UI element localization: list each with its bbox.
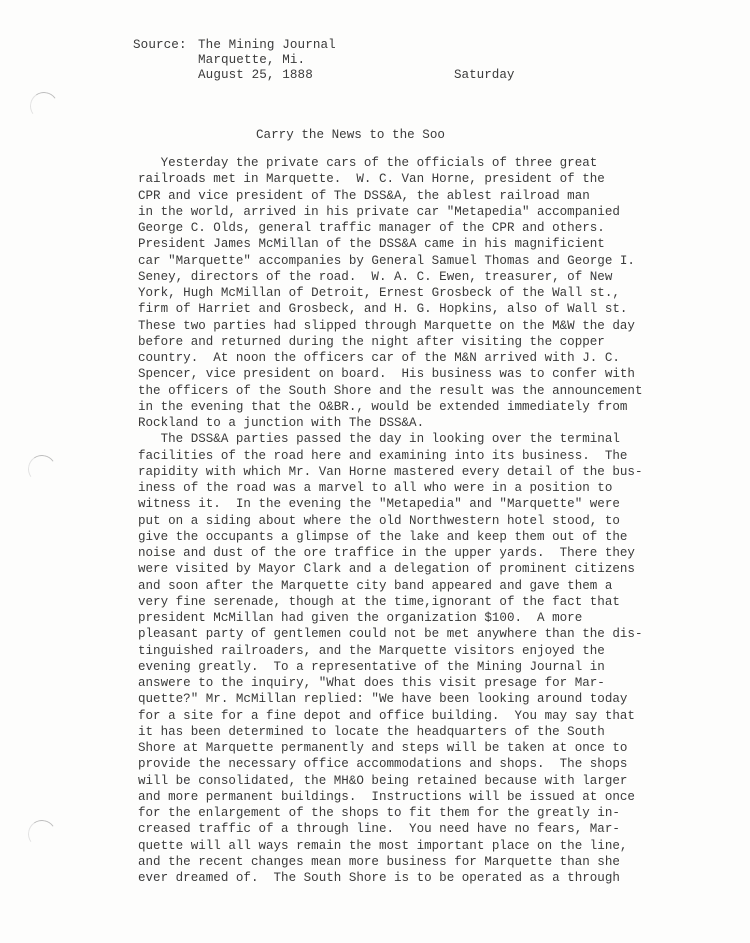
publication-date: August 25, 1888 (198, 68, 336, 83)
hole-punch-mark (28, 90, 60, 122)
source-label: Source: (133, 38, 198, 83)
article-body: Yesterday the private cars of the offici… (138, 155, 658, 886)
article-line: were visited by Mayor Clark and a delega… (138, 561, 658, 577)
article-line: railroads met in Marquette. W. C. Van Ho… (138, 171, 658, 187)
article-line: Spencer, vice president on board. His bu… (138, 366, 658, 382)
article-line: and soon after the Marquette city band a… (138, 578, 658, 594)
article-line: iness of the road was a marvel to all wh… (138, 480, 658, 496)
document-page: Source: The Mining Journal Marquette, Mi… (0, 0, 750, 943)
article-line: George C. Olds, general traffic manager … (138, 220, 658, 236)
article-line: facilities of the road here and examinin… (138, 448, 658, 464)
article-line: will be consolidated, the MH&O being ret… (138, 773, 658, 789)
article-line: York, Hugh McMillan of Detroit, Ernest G… (138, 285, 658, 301)
article-line: quette?" Mr. McMillan replied: "We have … (138, 691, 658, 707)
article-line: noise and dust of the ore traffice in th… (138, 545, 658, 561)
article-line: These two parties had slipped through Ma… (138, 318, 658, 334)
article-line: very fine serenade, though at the time,i… (138, 594, 658, 610)
article-line: before and returned during the night aft… (138, 334, 658, 350)
article-line: the officers of the South Shore and the … (138, 383, 658, 399)
article-line: and the recent changes mean more busines… (138, 854, 658, 870)
hole-punch-mark (26, 818, 58, 850)
article-line: CPR and vice president of The DSS&A, the… (138, 188, 658, 204)
article-line: rapidity with which Mr. Van Horne master… (138, 464, 658, 480)
article-line: quette will all ways remain the most imp… (138, 838, 658, 854)
article-line: pleasant party of gentlemen could not be… (138, 626, 658, 642)
article-line: country. At noon the officers car of the… (138, 350, 658, 366)
article-line: and more permanent buildings. Instructio… (138, 789, 658, 805)
article-line: car "Marquette" accompanies by General S… (138, 253, 658, 269)
publication-day: Saturday (454, 68, 514, 83)
article-line: Rockland to a junction with The DSS&A. (138, 415, 658, 431)
article-line: answere to the inquiry, "What does this … (138, 675, 658, 691)
article-line: give the occupants a glimpse of the lake… (138, 529, 658, 545)
article-line: The DSS&A parties passed the day in look… (138, 431, 658, 447)
article-line: in the world, arrived in his private car… (138, 204, 658, 220)
article-line: for the enlargement of the shops to fit … (138, 805, 658, 821)
article-line: ever dreamed of. The South Shore is to b… (138, 870, 658, 886)
article-line: evening greatly. To a representative of … (138, 659, 658, 675)
article-line: Shore at Marquette permanently and steps… (138, 740, 658, 756)
article-line: in the evening that the O&BR., would be … (138, 399, 658, 415)
article-line: it has been determined to locate the hea… (138, 724, 658, 740)
article-line: tinguished railroaders, and the Marquett… (138, 643, 658, 659)
article-line: creased traffic of a through line. You n… (138, 821, 658, 837)
article-line: firm of Harriet and Grosbeck, and H. G. … (138, 301, 658, 317)
article-line: Yesterday the private cars of the offici… (138, 155, 658, 171)
publication-location: Marquette, Mi. (198, 53, 336, 68)
article-title: Carry the News to the Soo (256, 128, 445, 143)
article-line: for a site for a fine depot and office b… (138, 708, 658, 724)
article-line: witness it. In the evening the "Metapedi… (138, 496, 658, 512)
article-line: put on a siding about where the old Nort… (138, 513, 658, 529)
article-line: President James McMillan of the DSS&A ca… (138, 236, 658, 252)
article-line: president McMillan had given the organiz… (138, 610, 658, 626)
article-line: provide the necessary office accommodati… (138, 756, 658, 772)
article-line: Seney, directors of the road. W. A. C. E… (138, 269, 658, 285)
hole-punch-mark (26, 453, 58, 485)
publication-name: The Mining Journal (198, 38, 336, 53)
